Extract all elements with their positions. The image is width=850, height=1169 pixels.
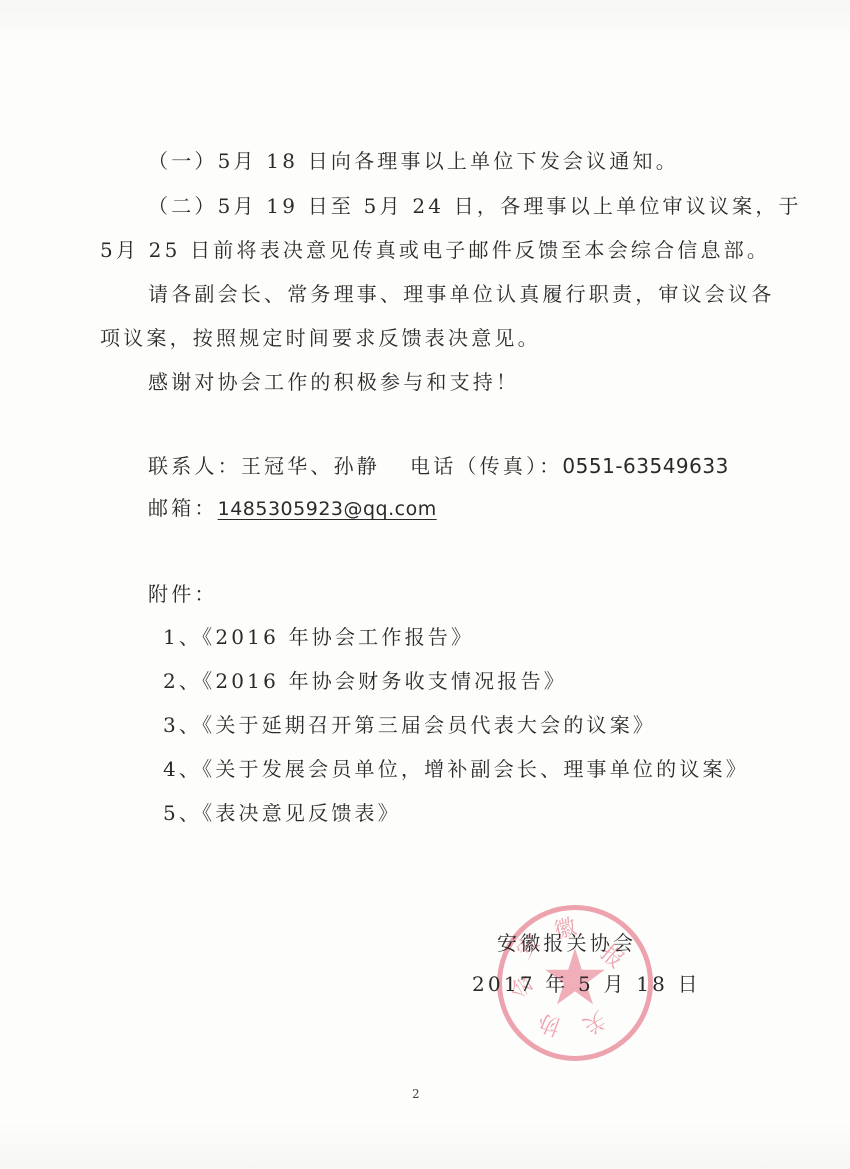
attachment-item: 3、《关于延期召开第三届会员代表大会的议案》 [163,711,656,739]
paragraph-request-line-1: 请各副会长、常务理事、理事单位认真履行职责，审议会议各 [148,280,774,308]
paragraph-thanks: 感谢对协会工作的积极参与和支持！ [148,368,519,396]
paragraph-step-2-line-1: （二）5月 19 日至 5月 24 日，各理事以上单位审议议案，于 [148,192,802,220]
signature-organization: 安徽报关协会 [497,929,636,957]
paragraph-request-line-2: 项议案，按照规定时间要求反馈表决意见。 [100,324,541,352]
document-page: （一）5月 18 日向各理事以上单位下发会议通知。 （二）5月 19 日至 5月… [0,0,850,1169]
contact-line: 联系人：王冠华、孙静电话（传真）：0551-63549633 [148,452,729,480]
contact-persons: 王冠华、孙静 [241,454,380,478]
attachments-label: 附件： [148,580,218,608]
attachment-item: 4、《关于发展会员单位，增补副会长、理事单位的议案》 [163,755,749,783]
email-link[interactable]: 1485305923@qq.com [218,498,437,520]
phone-label: 电话（传真）： [410,454,562,478]
attachment-item: 1、《2016 年协会工作报告》 [163,623,474,651]
email-label: 邮箱： [148,496,218,520]
email-line: 邮箱：1485305923@qq.com [148,494,437,523]
attachment-item: 5、《表决意见反馈表》 [163,799,401,827]
signature-date: 2017 年 5 月 18 日 [472,970,701,998]
paragraph-step-1: （一）5月 18 日向各理事以上单位下发会议通知。 [148,147,679,175]
contact-person-label: 联系人： [148,454,241,478]
attachment-item: 2、《2016 年协会财务收支情况报告》 [163,667,567,695]
seal-char: 关 [578,1005,613,1043]
seal-char: 协 [533,1007,564,1044]
page-number: 2 [412,1087,420,1101]
phone-number: 0551-63549633 [562,454,728,478]
paragraph-step-2-line-2: 5月 25 日前将表决意见传真或电子邮件反馈至本会综合信息部。 [100,236,770,264]
